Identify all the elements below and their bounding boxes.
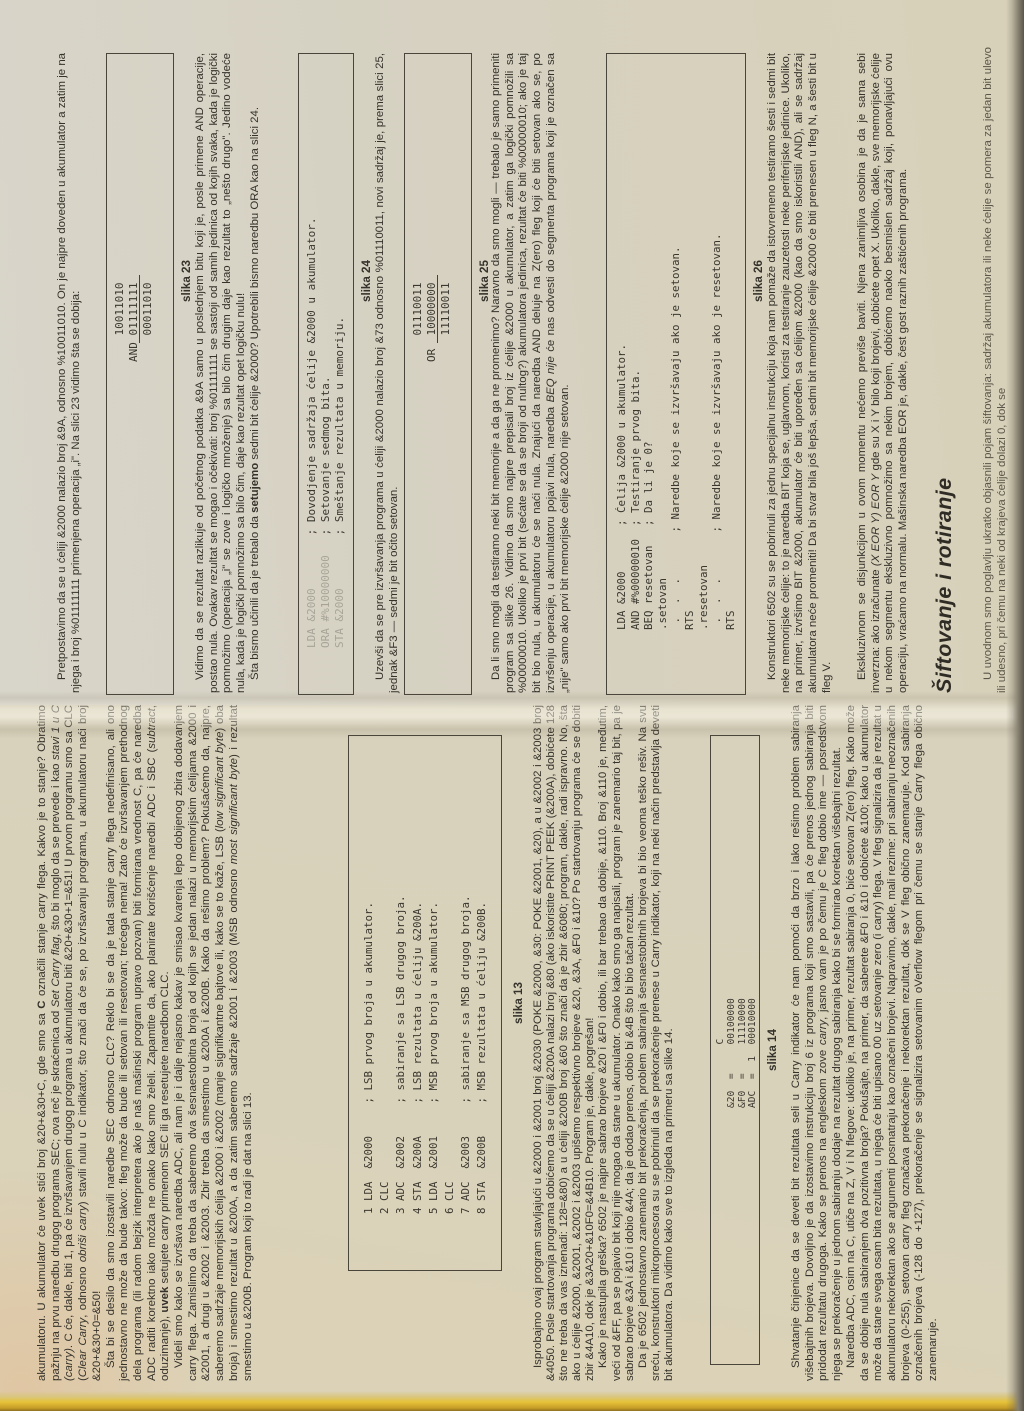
code-line: ADC = 1 00010000 [748,736,759,1108]
figure-caption: slika 13 [512,735,525,1271]
code-line: 1 LDA &2000 ; LSB prvog broja u akumulat… [361,736,377,1214]
text-run-italic: Clear Carry [77,1318,89,1377]
code-listing-box: 1 LDA &2000 ; LSB prvog broja u akumulat… [348,735,502,1271]
code-line: 3 ADC &2002 ; sabiranje sa LSB drugog br… [393,736,409,1214]
code-line: AND #%00000010 ; Testiranje prvog bita. [629,54,643,630]
code-line: STA &2000 ; Smeštanje rezultata u memori… [333,54,347,648]
body-text-block: Uzevši da se pre izvršavanja programa u … [374,53,401,693]
code-line: LDA &2000 ; Ćelija &2000 u akumulator. [615,54,629,630]
text-run: Vidimo da se rezultat razlikuje od počet… [194,53,247,693]
text-run: Uzevši da se pre izvršavanja programa u … [374,53,400,693]
rotated-page-sheet: akumulatoru. U akumulator će uvek stići … [0,0,1024,1411]
binary-figure-box: 10011010AND 01111111 00011010 [106,53,174,695]
code-line: 5 LDA &2001 ; MSB prvog broja u akumulat… [426,736,442,1214]
code-listing-box: C&20 = 00100000&F0 = 11110000ADC = 1 000… [710,735,760,1365]
text-run: Šta bi se desilo da smo izostavili nared… [105,705,158,1381]
binary-lines: 10011010AND 01111111 00011010 [113,54,155,362]
code-line: &20 = 00100000 [727,736,738,1108]
scan-edge-yellow [0,1391,1024,1411]
body-text-block: Konstruktori 6502 su se pobrinuli za jed… [766,53,835,693]
text-run: Kako je nastupila greška? 6502 je najpre… [597,705,635,1381]
text-run-italic: BEQ nije [545,356,557,402]
text-run: U uvodnom smo poglavlju ukratko objasnil… [982,47,1008,693]
text-run-bold: setujemo [249,463,261,513]
scanned-magazine-page: akumulatoru. U akumulator će uvek stići … [0,0,1024,1411]
body-paragraph: Shvatanje činjenice da se deveti bit rez… [790,705,845,1381]
code-lines: LDA &2000 ; Ćelija &2000 u akumulator.AN… [615,54,737,630]
body-text-block: akumulatoru. U akumulator će uvek stići … [36,705,255,1381]
code-line: . . . ; Naredbe koje se izvršavaju ako j… [669,54,683,630]
body-text-block: Shvatanje činjenice da se deveti bit rez… [790,705,941,1381]
body-text-block: Ekskluzivnom se disjunkcijom u ovom mome… [856,53,911,693]
body-paragraph: Šta bismo učinili da je trebalo da setuj… [249,53,263,693]
code-line: 8 STA &200B ; MSB rezultata u ćeliju &20… [474,736,490,1214]
binary-result-line: 00011010 [141,54,155,362]
code-line: BEQ resetovan ; Da li je 0? [642,54,656,630]
body-paragraph: Vidimo da se rezultat razlikuje od počet… [194,53,249,693]
code-listing-box: LDA &2000 ; Dovodjenje sadržaja ćelije &… [298,53,354,695]
code-segment: ; Smeštanje rezultata u memoriju. [333,317,346,536]
code-line: . . . ; Naredbe koje se izvršavaju ako j… [710,54,724,630]
scan-edge-shadow [1006,0,1024,1411]
text-run-bold: C [36,1001,48,1009]
body-paragraph: Šta bi se desilo da smo izostavili nared… [105,705,174,1381]
text-run: setujete carry primenom SEC ili ga reset… [159,971,171,1286]
code-line: ORA #%10000000 ; Setovanje sedmog bita. [319,54,333,648]
text-run: Da je 6502 jednostavno zanemario bit pre… [637,705,675,1381]
code-lines: C&20 = 00100000&F0 = 11110000ADC = 1 000… [716,736,759,1108]
code-segment-faint: LDA &2000 [305,535,318,648]
text-run: Naredba ADC, osim na C, utiče na Z, V i … [845,705,939,1381]
code-segment-faint: STA &2000 [333,535,346,648]
text-run: Pretpostavimo da se u ćeliji &2000 nalaz… [56,53,82,693]
figure-caption: slika 14 [766,735,779,1365]
code-line: RTS [724,54,738,630]
text-run: Konstruktori 6502 su se pobrinuli za jed… [766,53,833,693]
text-run: sedmi bit ćelije &2000? Upotrebili bismo… [249,107,261,463]
body-paragraph: Naredba ADC, osim na C, utiče na Z, V i … [845,705,941,1381]
binary-figure-box: 01110011OR 10000000 11110011 [404,53,472,695]
binary-result-line: 11110011 [439,54,453,362]
figure-caption: slika 26 [752,161,765,401]
body-paragraph: Pretpostavimo da se u ćeliji &2000 nalaz… [56,53,83,693]
text-run: Isprobajmo ovaj program stavljajući u &2… [532,705,596,1381]
text-run-italic: obriši carry [77,1205,89,1262]
binary-result: 00011010 [139,275,154,344]
text-run-italic: (X EOR Y) EOR Y [870,474,882,566]
binary-line: 10011010 [113,54,127,362]
code-line: 6 CLC [442,736,458,1214]
body-paragraph: Da je 6502 jednostavno zanemario bit pre… [637,705,676,1381]
body-paragraph: akumulatoru. U akumulator će uvek stići … [36,705,105,1381]
body-text-block: Isprobajmo ovaj program stavljajući u &2… [532,705,676,1381]
code-line: 2 CLC [377,736,393,1214]
text-run: Šta bismo učinili da je trebalo da [249,513,261,680]
body-text-block: Vidimo da se rezultat razlikuje od počet… [194,53,263,693]
text-run-italic: most significant byte [228,758,240,864]
code-segment-faint: ORA #%10000000 [319,535,332,648]
page-fold-crease [0,691,1024,739]
binary-lines: 01110011OR 10000000 11110011 [411,54,453,362]
code-line: .resetovan [697,54,711,630]
figure-caption: slika 23 [180,161,193,401]
body-paragraph: Isprobajmo ovaj program stavljajući u &2… [532,705,597,1381]
code-segment: ; Setovanje sedmog bita. [319,376,332,535]
code-listing-box: LDA &2000 ; Ćelija &2000 u akumulator.AN… [606,53,746,695]
text-run-italic: low significant byte [214,732,226,829]
code-line: RTS [683,54,697,630]
text-run: akumulatoru. U akumulator će uvek stići … [36,1009,48,1381]
binary-result: 11110011 [437,275,452,344]
text-run-bold: uvek [159,1287,171,1313]
body-text-block: Pretpostavimo da se u ćeliji &2000 nalaz… [56,53,83,693]
code-lines: 1 LDA &2000 ; LSB prvog broja u akumulat… [361,736,491,1214]
body-paragraph: Kako je nastupila greška? 6502 je najpre… [597,705,636,1381]
figure-caption: slika 24 [360,161,373,401]
body-paragraph: Konstruktori 6502 su se pobrinuli za jed… [766,53,835,693]
body-paragraph: Ekskluzivnom se disjunkcijom u ovom mome… [856,53,911,693]
body-text-block: Da li smo mogli da testiramo neki bit me… [490,53,572,693]
text-run: , što bi moglo da se prevede i kao [50,760,62,937]
text-run-italic: Set Carry flag [50,937,62,1007]
section-heading-siftovanje: Šiftovanje i rotiranje [932,173,957,693]
binary-line: 01110011 [411,54,425,362]
code-line: .setovan [656,54,670,630]
code-lines: LDA &2000 ; Dovodjenje sadržaja ćelije &… [305,54,347,648]
code-line: 4 STA &200A ; LSB rezultata u ćeliju &20… [410,736,426,1214]
code-segment: ; Dovodjenje sadržaja ćelije &2000 u aku… [305,218,318,536]
text-run-italic: carry [817,1020,829,1045]
body-paragraph: Videli smo kako se izvršava naredba ADC,… [173,705,255,1381]
code-line: 7 ADC &2003 ; sabiranje sa MSB drugog br… [458,736,474,1214]
text-run: , odnosno [77,1262,89,1318]
body-paragraph: Da li smo mogli da testiramo neki bit me… [490,53,572,693]
body-paragraph: Uzevši da se pre izvršavanja programa u … [374,53,401,693]
code-line: LDA &2000 ; Dovodjenje sadržaja ćelije &… [305,54,319,648]
